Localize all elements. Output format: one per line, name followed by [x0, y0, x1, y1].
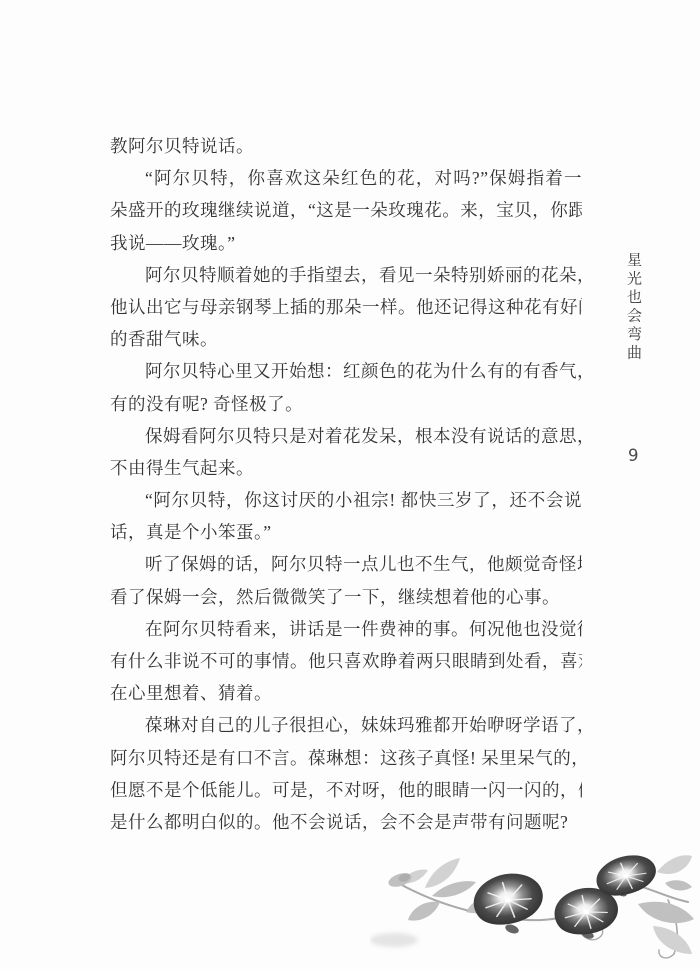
text-line: 葆琳对自己的儿子很担心，妹妹玛雅都开始咿呀学语了，	[110, 709, 582, 741]
page-number: 9	[628, 446, 639, 465]
text-line: 我说——玫瑰。”	[110, 227, 582, 259]
text-line: 在心里想着、猜着。	[110, 677, 582, 709]
morning-glory-illustration	[370, 842, 700, 969]
text-line: 看了保姆一会，然后微微笑了一下，继续想着他的心事。	[110, 581, 582, 613]
body-text: 教阿尔贝特说话。 “阿尔贝特，你喜欢这朵红色的花，对吗?”保姆指着一 朵盛开的玫…	[110, 130, 582, 838]
text-line: 教阿尔贝特说话。	[110, 130, 582, 162]
text-line: 听了保姆的话，阿尔贝特一点儿也不生气，他颇觉奇怪地	[110, 548, 582, 580]
flower-bud	[387, 871, 414, 890]
text-line: 但愿不是个低能儿。可是，不对呀，他的眼睛一闪一闪的，像	[110, 774, 582, 806]
text-line: “阿尔贝特，你喜欢这朵红色的花，对吗?”保姆指着一	[110, 162, 582, 194]
book-page: 教阿尔贝特说话。 “阿尔贝特，你喜欢这朵红色的花，对吗?”保姆指着一 朵盛开的玫…	[0, 0, 700, 969]
smudge-shape	[370, 933, 418, 947]
book-title-vertical: 星光也会弯曲	[623, 252, 644, 363]
text-line: 是什么都明白似的。他不会说话，会不会是声带有问题呢?	[110, 806, 582, 838]
text-line: 他认出它与母亲钢琴上插的那朵一样。他还记得这种花有好闻	[110, 291, 582, 323]
text-line: 保姆看阿尔贝特只是对着花发呆，根本没有说话的意思，	[110, 420, 582, 452]
text-line: 阿尔贝特顺着她的手指望去，看见一朵特别娇丽的花朵，	[110, 259, 582, 291]
text-line: 不由得生气起来。	[110, 452, 582, 484]
text-line: “阿尔贝特，你这讨厌的小祖宗! 都快三岁了，还不会说	[110, 484, 582, 516]
text-line: 有的没有呢? 奇怪极了。	[110, 388, 582, 420]
text-line: 的香甜气味。	[110, 323, 582, 355]
text-line: 阿尔贝特心里又开始想：红颜色的花为什么有的有香气，	[110, 355, 582, 387]
text-line: 朵盛开的玫瑰继续说道，“这是一朵玫瑰花。来，宝贝，你跟	[110, 194, 582, 226]
text-line: 有什么非说不可的事情。他只喜欢睁着两只眼睛到处看，喜欢	[110, 645, 582, 677]
text-line: 在阿尔贝特看来，讲话是一件费神的事。何况他也没觉得	[110, 613, 582, 645]
text-line: 阿尔贝特还是有口不言。葆琳想：这孩子真怪! 呆里呆气的，	[110, 742, 582, 774]
text-line: 话，真是个小笨蛋。”	[110, 516, 582, 548]
